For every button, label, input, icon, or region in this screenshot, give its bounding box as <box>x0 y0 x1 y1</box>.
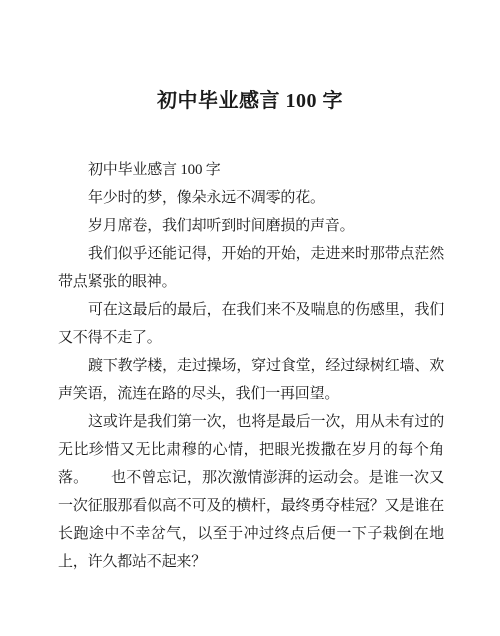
paragraph: 岁月席卷，我们却听到时间磨损的声音。 <box>58 212 444 240</box>
paragraph-heading-line: 初中毕业感言 100 字 <box>58 156 444 184</box>
paragraph: 我们似乎还能记得，开始的开始，走进来时那带点茫然带点紧张的眼神。 <box>58 240 444 296</box>
document-title: 初中毕业感言 100 字 <box>0 0 500 116</box>
paragraph: 年少时的梦，像朵永远不凋零的花。 <box>58 184 444 212</box>
document-page: 初中毕业感言 100 字 初中毕业感言 100 字 年少时的梦，像朵永远不凋零的… <box>0 0 500 636</box>
paragraph: 这或许是我们第一次，也将是最后一次，用从未有过的无比珍惜又无比肃穆的心情，把眼光… <box>58 408 444 576</box>
paragraph: 踱下教学楼，走过操场，穿过食堂，经过绿树红墙、欢声笑语，流连在路的尽头，我们一再… <box>58 352 444 408</box>
paragraph: 可在这最后的最后，在我们来不及喘息的伤感里，我们又不得不走了。 <box>58 296 444 352</box>
document-body: 初中毕业感言 100 字 年少时的梦，像朵永远不凋零的花。 岁月席卷，我们却听到… <box>58 156 444 576</box>
